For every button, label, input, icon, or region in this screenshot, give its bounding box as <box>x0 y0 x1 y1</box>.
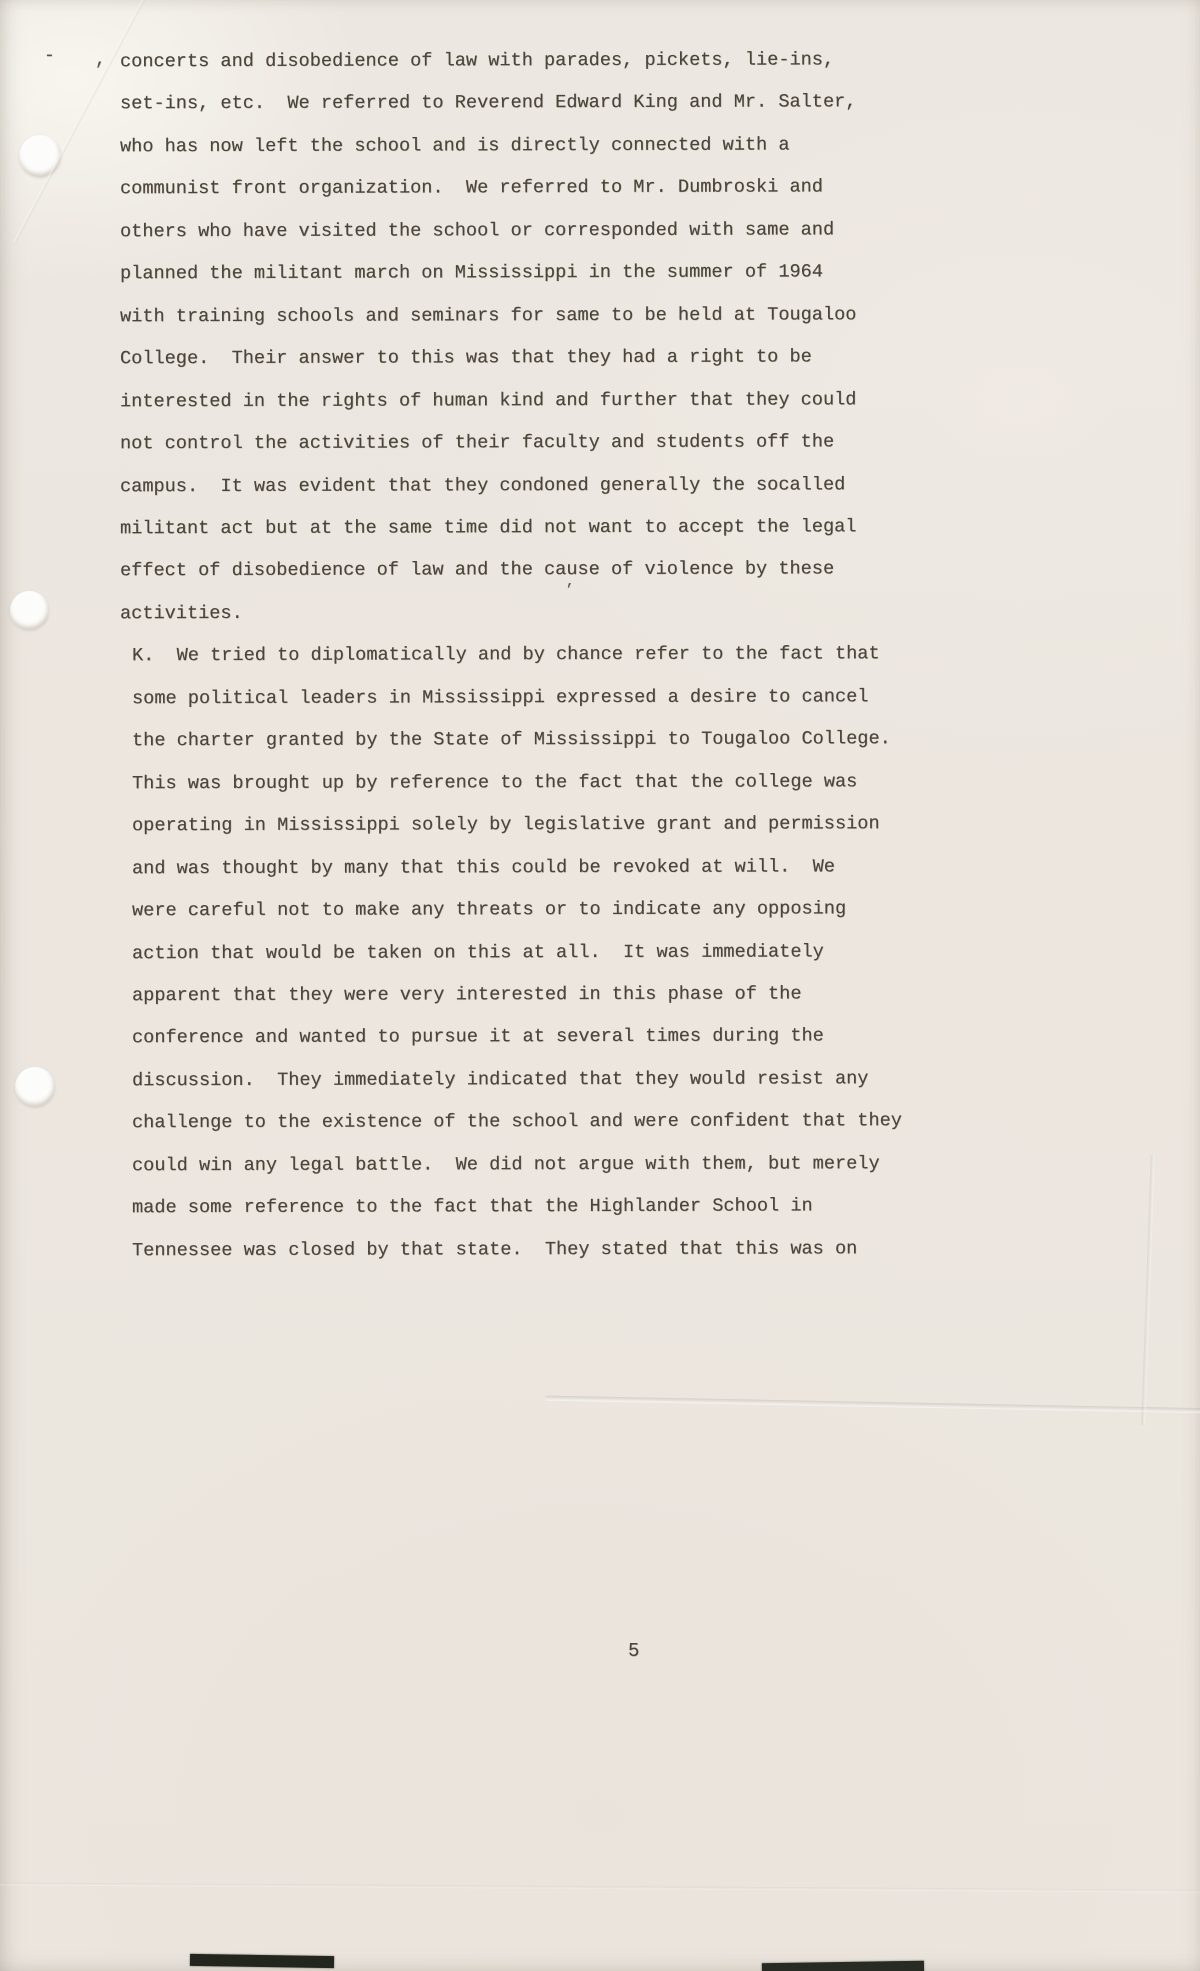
typed-line: who has now left the school and is direc… <box>0 123 1200 169</box>
typed-line: set-ins, etc. We referred to Reverend Ed… <box>0 81 1200 127</box>
typed-line: made some reference to the fact that the… <box>0 1185 1200 1231</box>
typed-line: the charter granted by the State of Miss… <box>0 718 1200 764</box>
typed-line: operating in Mississippi solely by legis… <box>0 803 1200 849</box>
document-page: - , concerts and disobedience of law wit… <box>0 0 1200 1971</box>
typed-line: concerts and disobedience of law with pa… <box>0 38 1200 84</box>
typed-line: challenge to the existence of the school… <box>0 1100 1200 1146</box>
typed-line: others who have visited the school or co… <box>0 208 1200 254</box>
typed-line: College. Their answer to this was that t… <box>0 336 1200 382</box>
typed-line: communist front organization. We referre… <box>0 166 1200 212</box>
typed-line: discussion. They immediately indicated t… <box>0 1057 1200 1103</box>
paper-crease <box>0 1882 1200 1892</box>
typed-line: K. We tried to diplomatically and by cha… <box>0 633 1200 679</box>
typed-line: action that would be taken on this at al… <box>0 930 1200 976</box>
page-number: 5 <box>628 1640 639 1662</box>
typed-line: and was thought by many that this could … <box>0 845 1200 891</box>
typed-line: conference and wanted to pursue it at se… <box>0 1015 1200 1061</box>
typed-line: apparent that they were very interested … <box>0 972 1200 1018</box>
typed-line: Tennessee was closed by that state. They… <box>0 1227 1200 1273</box>
typed-line: interested in the rights of human kind a… <box>0 378 1200 424</box>
redaction-bar <box>190 1954 334 1968</box>
paper-fold-crease <box>545 1396 1200 1414</box>
redaction-bar <box>762 1961 924 1971</box>
typed-line: effect of disobedience of law and the ca… <box>0 548 1200 594</box>
typed-text-block: concerts and disobedience of law with pa… <box>0 40 1200 1271</box>
typed-line: could win any legal battle. We did not a… <box>0 1142 1200 1188</box>
typed-line: some political leaders in Mississippi ex… <box>0 675 1200 721</box>
typed-line: campus. It was evident that they condone… <box>0 463 1200 509</box>
typed-line: not control the activities of their facu… <box>0 421 1200 467</box>
stray-ink-mark: , <box>566 574 574 590</box>
typed-line: This was brought up by reference to the … <box>0 760 1200 806</box>
typed-line: militant act but at the same time did no… <box>0 505 1200 551</box>
typed-line: planned the militant march on Mississipp… <box>0 251 1200 297</box>
typed-line: activities. <box>0 590 1200 636</box>
typed-line: with training schools and seminars for s… <box>0 293 1200 339</box>
stray-ink-mark: ' <box>594 908 602 924</box>
